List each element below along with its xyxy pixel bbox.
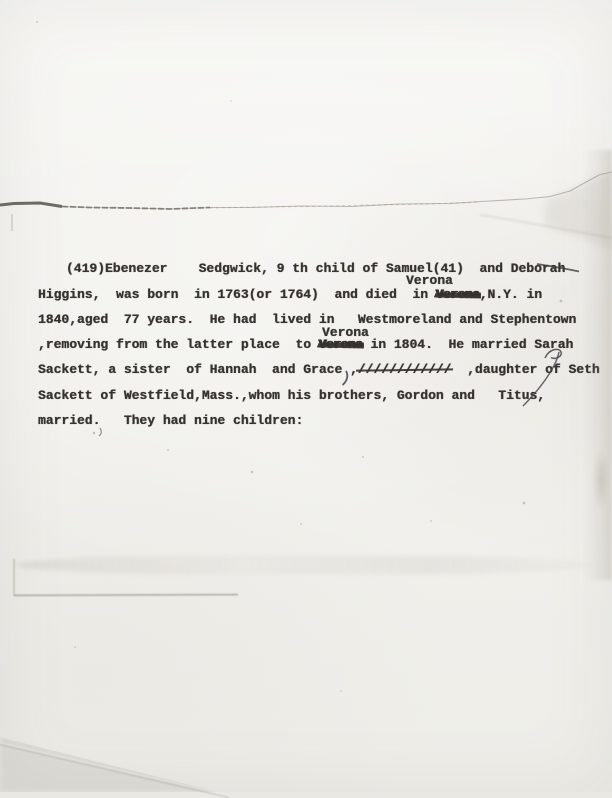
typed-line-6: Sackett of Westfield,Mass.,whom his brot… bbox=[38, 388, 545, 403]
typed-line-4: ,removing from the latter place to Veron… bbox=[38, 337, 573, 352]
line4-text-pre: ,removing from the latter place to bbox=[38, 337, 319, 352]
corner-fold-shadow bbox=[0, 716, 218, 792]
scanned-document-page: (419)Ebenezer Sedgwick, 9 th child of Sa… bbox=[0, 0, 612, 792]
line5-text-pre: Sackett, a sister of Hannah and Grace , bbox=[38, 362, 358, 377]
blank-top-margin bbox=[0, 0, 612, 200]
line4-text-post: in 1804. He married Sarah bbox=[363, 337, 574, 352]
line2-text-pre: Higgins, was born in 1763(or 1764) and d… bbox=[38, 287, 436, 302]
line4-struck-word: Verona bbox=[319, 337, 363, 352]
line5-text-post: ,daughter of Seth bbox=[451, 362, 599, 377]
typed-line-3: 1840,aged 77 years. He had lived in West… bbox=[38, 312, 576, 327]
right-edge-blotch bbox=[592, 450, 610, 510]
right-edge-texture bbox=[584, 150, 612, 580]
typed-insert-verona-1: Verona bbox=[406, 273, 453, 288]
scan-noise-specks bbox=[0, 0, 2, 2]
typed-line-1: (419)Ebenezer Sedgwick, 9 th child of Sa… bbox=[66, 261, 565, 276]
typed-line-2: Higgins, was born in 1763(or 1764) and d… bbox=[38, 287, 542, 302]
faded-tick bbox=[13, 559, 15, 596]
line2-struck-word: Verona bbox=[436, 287, 480, 302]
pen-mark-under-married bbox=[99, 428, 101, 436]
typed-line-5: Sackett, a sister of Hannah and Grace ,/… bbox=[38, 362, 600, 377]
line5-struck-word: //////////// bbox=[358, 362, 452, 377]
line2-text-post: ,N.Y. in bbox=[480, 287, 542, 302]
typed-line-7: married. They had nine children: bbox=[38, 413, 303, 428]
faded-underline bbox=[14, 594, 238, 597]
faded-smudge-band bbox=[15, 556, 590, 574]
